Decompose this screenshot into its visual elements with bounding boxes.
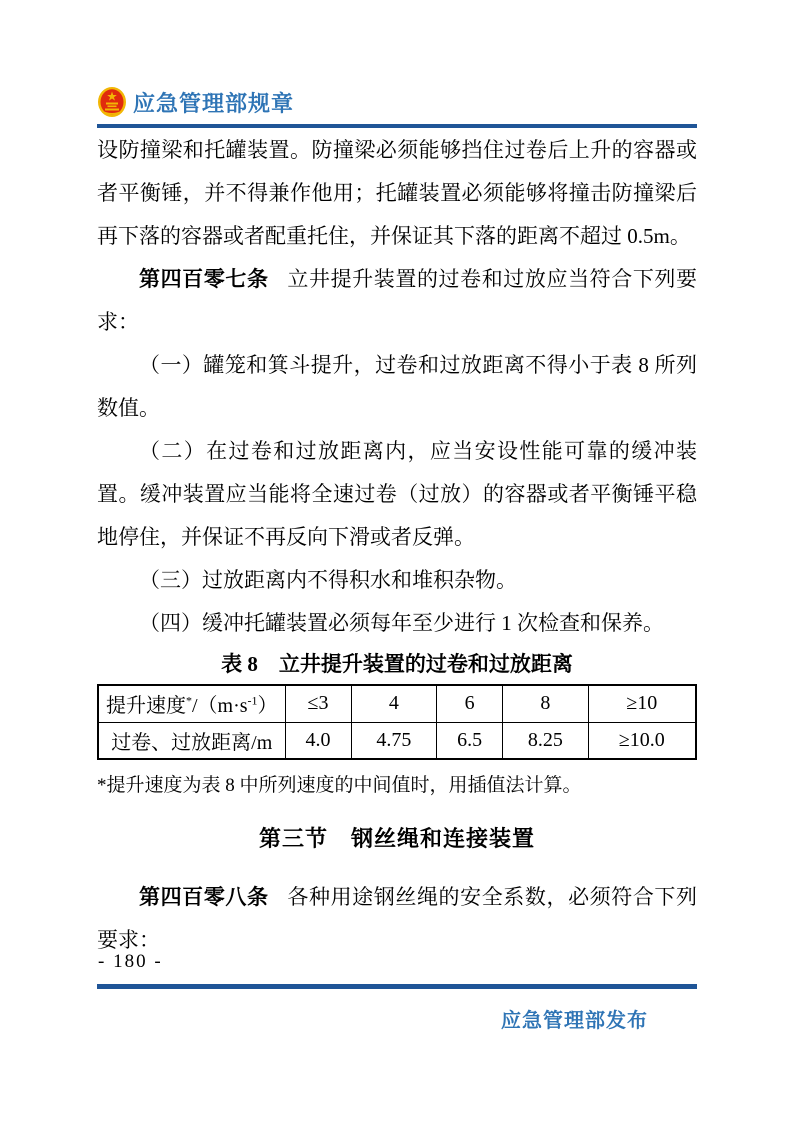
speed-label-mid: /（m·s (192, 695, 248, 717)
speed-row-label: 提升速度*/（m·s-1） (98, 685, 285, 722)
speed-label-base: 提升速度 (106, 695, 186, 717)
speed-value-4: 8 (503, 685, 589, 722)
article-408: 第四百零八条各种用途钢丝绳的安全系数，必须符合下列要求： (97, 876, 697, 962)
table-row-speed: 提升速度*/（m·s-1） ≤3 4 6 8 ≥10 (98, 685, 696, 722)
article-407: 第四百零七条立井提升装置的过卷和过放应当符合下列要求： (97, 258, 697, 344)
distance-value-5: ≥10.0 (588, 722, 696, 759)
national-emblem-icon (97, 86, 127, 118)
item-2: （二）在过卷和过放距离内，应当安设性能可靠的缓冲装置。缓冲装置应当能将全速过卷（… (97, 430, 697, 559)
item-4: （四）缓冲托罐装置必须每年至少进行 1 次检查和保养。 (97, 602, 697, 645)
item-1: （一）罐笼和箕斗提升，过卷和过放距离不得小于表 8 所列数值。 (97, 344, 697, 430)
page-header: 应急管理部规章 (97, 84, 697, 120)
speed-value-5: ≥10 (588, 685, 696, 722)
document-page: 应急管理部规章 设防撞梁和托罐装置。防撞梁必须能够挡住过卷后上升的容器或者平衡锤… (0, 0, 793, 1122)
speed-label-close: ） (258, 695, 278, 717)
header-title: 应急管理部规章 (133, 87, 294, 118)
table-footnote: *提升速度为表 8 中所列速度的中间值时，用插值法计算。 (97, 772, 697, 800)
distance-value-1: 4.0 (285, 722, 351, 759)
paragraph-intro: 设防撞梁和托罐装置。防撞梁必须能够挡住过卷后上升的容器或者平衡锤，并不得兼作他用… (97, 129, 697, 258)
body-text: 设防撞梁和托罐装置。防撞梁必须能够挡住过卷后上升的容器或者平衡锤，并不得兼作他用… (97, 129, 697, 645)
table-8: 提升速度*/（m·s-1） ≤3 4 6 8 ≥10 过卷、过放距离/m 4.0… (97, 684, 697, 760)
speed-value-2: 4 (351, 685, 437, 722)
footer-rule (97, 984, 697, 989)
header-rule (97, 124, 697, 128)
footer-publisher: 应急管理部发布 (501, 1004, 648, 1033)
table-caption: 表 8 立井提升装置的过卷和过放距离 (97, 647, 697, 681)
item-3: （三）过放距离内不得积水和堆积杂物。 (97, 559, 697, 602)
distance-value-3: 6.5 (437, 722, 503, 759)
distance-value-4: 8.25 (503, 722, 589, 759)
section-heading: 第三节 钢丝绳和连接装置 (97, 824, 697, 854)
table-row-distance: 过卷、过放距离/m 4.0 4.75 6.5 8.25 ≥10.0 (98, 722, 696, 759)
article-407-label: 第四百零七条 (139, 267, 269, 291)
page-number: - 180 - (98, 951, 163, 973)
speed-value-1: ≤3 (285, 685, 351, 722)
speed-value-3: 6 (437, 685, 503, 722)
article-408-label: 第四百零八条 (139, 885, 269, 909)
distance-row-label: 过卷、过放距离/m (98, 722, 285, 759)
speed-label-exponent: -1 (248, 694, 258, 708)
page-content: 应急管理部规章 设防撞梁和托罐装置。防撞梁必须能够挡住过卷后上升的容器或者平衡锤… (97, 0, 697, 962)
distance-value-2: 4.75 (351, 722, 437, 759)
